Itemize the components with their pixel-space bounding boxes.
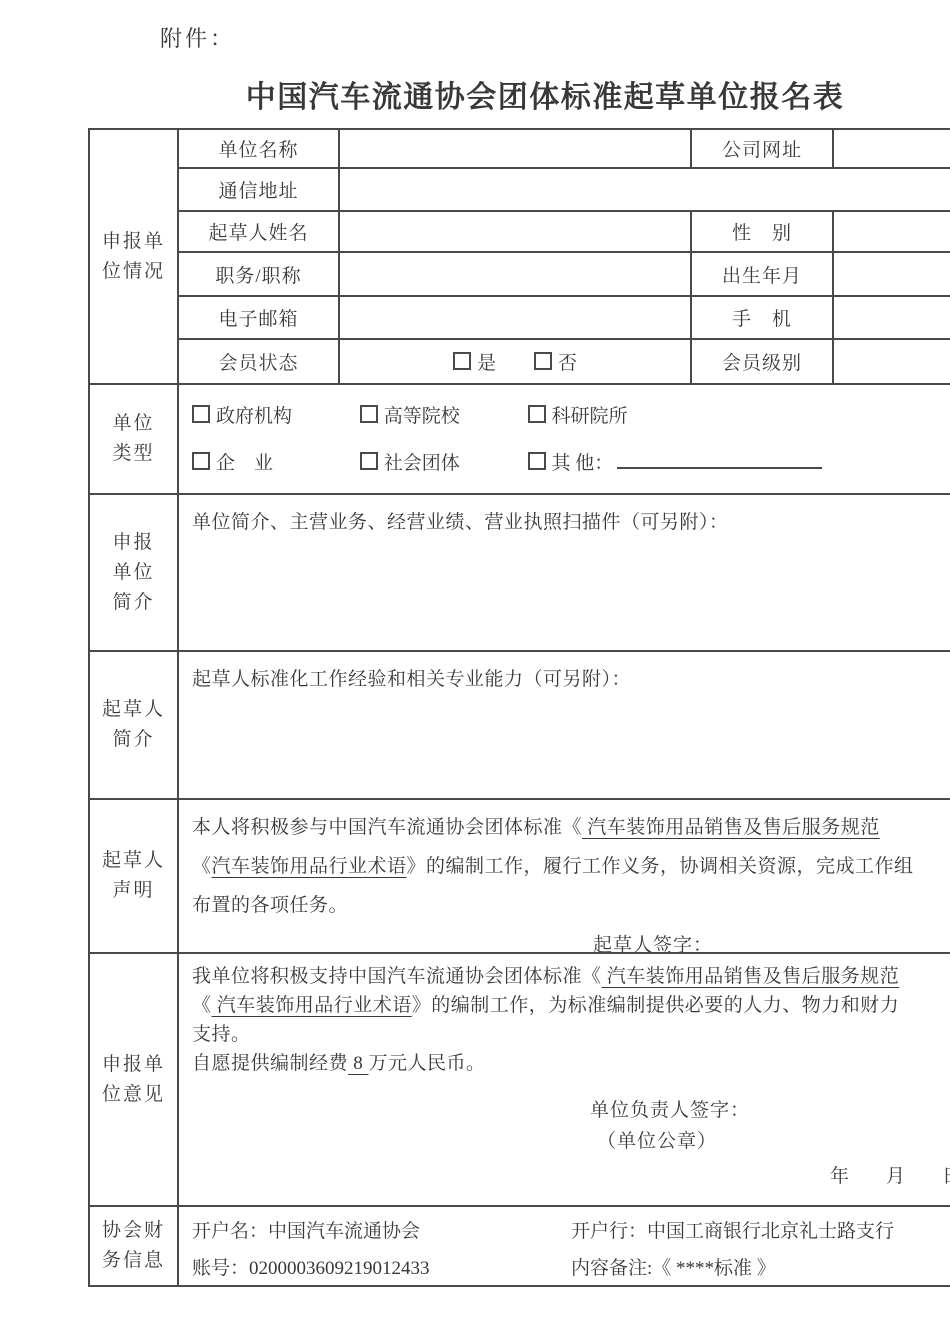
bank-label: 开户行：: [571, 1221, 647, 1242]
checkbox-icon: [528, 405, 546, 423]
drafter-declaration-area: 本人将积极参与中国汽车流通协会团体标准《 汽车装饰用品销售及售后服务规范《汽车装…: [179, 800, 950, 954]
statement-line: 布置的各项任务。: [192, 886, 950, 925]
option-enterprise-label: 企 业: [216, 453, 273, 474]
section-finance: 协会财务信息: [90, 1207, 179, 1287]
finance-right-column: 开户行：中国工商银行北京礼士路支行 内容备注:《 ****标准 》: [571, 1213, 894, 1285]
gender-field: [834, 212, 950, 253]
checkbox-icon: [360, 405, 378, 423]
option-government: 政府机构: [192, 393, 355, 440]
date-label: 年 月 日: [192, 1162, 950, 1192]
drafter-declaration-text: 本人将积极参与中国汽车流通协会团体标准《 汽车装饰用品销售及售后服务规范《汽车装…: [192, 808, 950, 925]
unit-head-signature-label: 单位负责人签字：: [192, 1096, 950, 1126]
statement-line: 本人将积极参与中国汽车流通协会团体标准《 汽车装饰用品销售及售后服务规范: [192, 808, 950, 847]
statement-line: 我单位将积极支持中国汽车流通协会团体标准《 汽车装饰用品销售及售后服务规范: [192, 962, 950, 991]
account-name-value: 中国汽车流通协会: [268, 1221, 420, 1242]
bank-value: 中国工商银行北京礼士路支行: [647, 1221, 894, 1242]
member-level-label: 会员级别: [692, 340, 834, 385]
option-enterprise: 企 业: [192, 440, 355, 487]
birth-label: 出生年月: [692, 253, 834, 297]
birth-field: [834, 253, 950, 297]
option-research-label: 科研院所: [552, 406, 628, 427]
section-unit-type: 单位类型: [90, 385, 179, 495]
website-field: [834, 130, 950, 169]
unit-opinion-text: 我单位将积极支持中国汽车流通协会团体标准《 汽车装饰用品销售及售后服务规范《 汽…: [192, 962, 950, 1078]
option-social: 社会团体: [360, 440, 523, 487]
document-page: 附件： 中国汽车流通协会团体标准起草单位报名表 申报单位情况 单位名称 公司网址…: [0, 0, 950, 1332]
email-field: [340, 297, 692, 340]
section-unit-profile-label: 申报单位简介: [111, 528, 157, 618]
option-research: 科研院所: [528, 393, 628, 440]
remark-line: 内容备注:《 ****标准 》: [571, 1250, 894, 1287]
address-field: [340, 169, 950, 212]
account-name-line: 开户名：中国汽车流通协会: [192, 1213, 571, 1250]
mobile-field: [834, 297, 950, 340]
statement-line: 自愿提供编制经费 8 万元人民币。: [192, 1049, 950, 1078]
section-finance-label: 协会财务信息: [100, 1216, 167, 1276]
option-other-label: 其 他：: [552, 453, 614, 474]
member-level-field: [834, 340, 950, 385]
member-yes-option: 是: [453, 348, 496, 375]
gender-label: 性 别: [692, 212, 834, 253]
unit-type-options-row2: 企 业 社会团体 其 他：: [192, 440, 950, 487]
remark-value: 《 ****标准 》: [652, 1258, 776, 1279]
checkbox-icon: [360, 452, 378, 470]
checkbox-icon: [534, 352, 552, 370]
position-label: 职务/职称: [179, 253, 340, 297]
address-label: 通信地址: [179, 169, 340, 212]
form-title: 中国汽车流通协会团体标准起草单位报名表: [120, 72, 950, 116]
checkbox-icon: [192, 405, 210, 423]
other-blank-line: [617, 452, 822, 469]
member-no-option: 否: [534, 348, 577, 375]
account-no-line: 账号：0200003609219012433: [192, 1250, 571, 1287]
unit-type-options-row1: 政府机构 高等院校 科研院所: [192, 393, 950, 440]
attachment-label: 附件：: [160, 22, 235, 53]
drafter-signature-label: 起草人签字：: [192, 931, 950, 954]
section-drafter-profile-label: 起草人简介: [100, 695, 167, 755]
unit-name-field: [340, 130, 692, 169]
section-unit-opinion: 申报单位意见: [90, 954, 179, 1207]
section-applicant-info: 申报单位情况: [90, 130, 179, 385]
email-label: 电子邮箱: [179, 297, 340, 340]
section-applicant-info-label: 申报单位情况: [100, 227, 167, 287]
option-government-label: 政府机构: [216, 406, 292, 427]
section-unit-profile: 申报单位简介: [90, 495, 179, 652]
unit-seal-label: （单位公章）: [192, 1126, 950, 1158]
option-social-label: 社会团体: [384, 453, 460, 474]
drafter-profile-prompt: 起草人标准化工作经验和相关专业能力（可另附）：: [192, 665, 950, 695]
account-no-label: 账号：: [192, 1258, 249, 1279]
drafter-name-field: [340, 212, 692, 253]
checkbox-icon: [453, 352, 471, 370]
finance-left-column: 开户名：中国汽车流通协会 账号：0200003609219012433: [192, 1213, 571, 1285]
statement-line: 支持。: [192, 1020, 950, 1049]
member-status-label: 会员状态: [179, 340, 340, 385]
drafter-profile-area: 起草人标准化工作经验和相关专业能力（可另附）：: [179, 652, 950, 800]
statement-line: 《汽车装饰用品行业术语》的编制工作，履行工作义务，协调相关资源，完成工作组: [192, 847, 950, 886]
account-name-label: 开户名：: [192, 1221, 268, 1242]
mobile-label: 手 机: [692, 297, 834, 340]
account-no-value: 0200003609219012433: [249, 1258, 430, 1279]
remark-label: 内容备注:: [571, 1258, 652, 1279]
checkbox-icon: [528, 452, 546, 470]
bank-line: 开户行：中国工商银行北京礼士路支行: [571, 1213, 894, 1250]
unit-profile-prompt: 单位简介、主营业务、经营业绩、营业执照扫描件（可另附）：: [192, 508, 950, 538]
position-field: [340, 253, 692, 297]
unit-type-options: 政府机构 高等院校 科研院所 企 业 社会团体 其 他：: [179, 385, 950, 495]
checkbox-icon: [192, 452, 210, 470]
section-drafter-declaration-label: 起草人声明: [100, 846, 167, 906]
unit-name-label: 单位名称: [179, 130, 340, 169]
unit-opinion-area: 我单位将积极支持中国汽车流通协会团体标准《 汽车装饰用品销售及售后服务规范《 汽…: [179, 954, 950, 1207]
option-university: 高等院校: [360, 393, 523, 440]
unit-profile-area: 单位简介、主营业务、经营业绩、营业执照扫描件（可另附）：: [179, 495, 950, 652]
option-university-label: 高等院校: [384, 406, 460, 427]
statement-line: 《 汽车装饰用品行业术语》的编制工作，为标准编制提供必要的人力、物力和财力: [192, 991, 950, 1020]
member-status-options: 是 否: [340, 340, 692, 385]
registration-form-table: 申报单位情况 单位名称 公司网址 通信地址 起草人姓名 性 别 职务/职称 出生…: [88, 128, 950, 1287]
member-no-label: 否: [558, 353, 577, 374]
drafter-name-label: 起草人姓名: [179, 212, 340, 253]
section-unit-type-label: 单位类型: [111, 409, 157, 469]
option-other: 其 他：: [528, 440, 823, 487]
finance-info-area: 开户名：中国汽车流通协会 账号：0200003609219012433 开户行：…: [179, 1207, 950, 1287]
section-unit-opinion-label: 申报单位意见: [100, 1050, 167, 1110]
section-drafter-declaration: 起草人声明: [90, 800, 179, 954]
section-drafter-profile: 起草人简介: [90, 652, 179, 800]
member-yes-label: 是: [477, 353, 496, 374]
website-label: 公司网址: [692, 130, 834, 169]
